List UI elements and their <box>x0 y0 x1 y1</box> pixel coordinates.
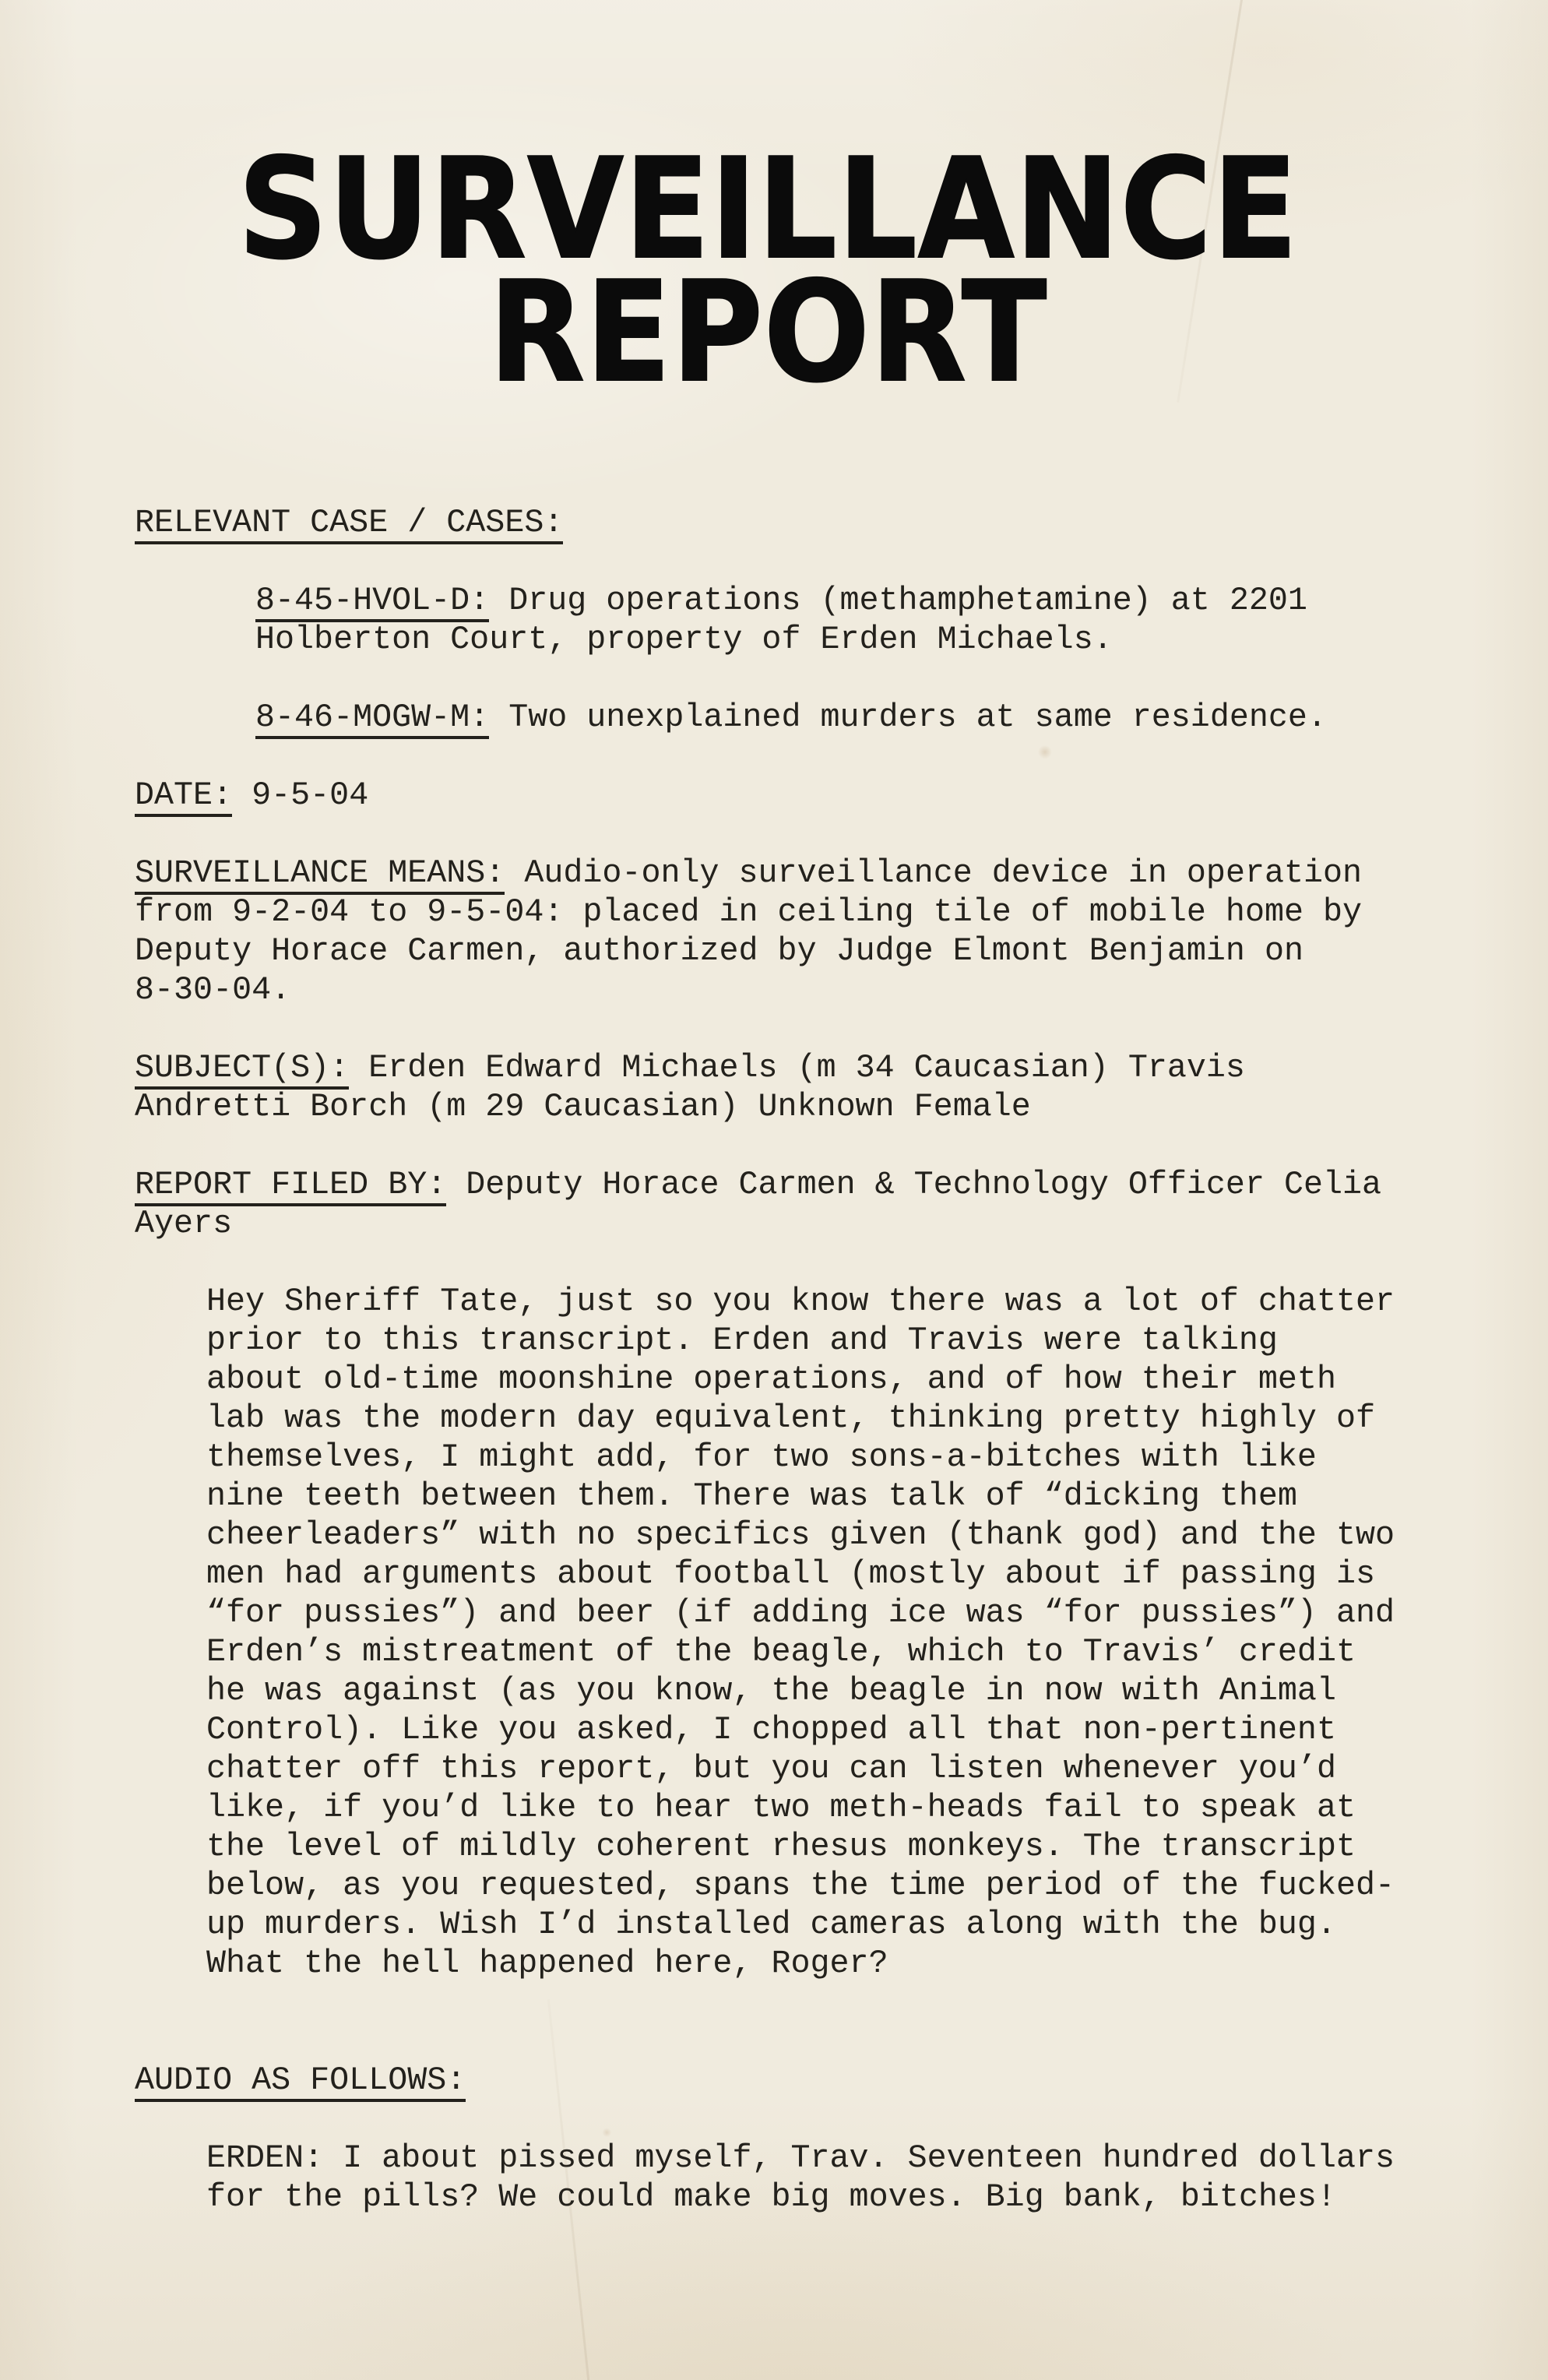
surveillance-means-label: SURVEILLANCE MEANS: <box>135 854 505 895</box>
title-line-2: REPORT <box>198 271 1338 394</box>
surveillance-means-section: SURVEILLANCE MEANS: Audio-only surveilla… <box>135 854 1402 1009</box>
date-label: DATE: <box>135 776 232 817</box>
report-filed-by-section: REPORT FILED BY: Deputy Horace Carmen & … <box>135 1165 1402 1243</box>
audio-as-follows-label: AUDIO AS FOLLOWS: <box>135 2061 466 2102</box>
relevant-cases-label: RELEVANT CASE / CASES: <box>135 504 563 544</box>
page-title: SURVEILLANCEREPORT <box>135 148 1402 394</box>
case-item-2: 8-46-MOGW-M: Two unexplained murders at … <box>255 698 1402 737</box>
surveillance-report-page: SURVEILLANCEREPORT RELEVANT CASE / CASES… <box>0 0 1548 2380</box>
transcript-erden-paragraph: ERDEN: I about pissed myself, Trav. Seve… <box>206 2139 1402 2216</box>
report-filed-by-label: REPORT FILED BY: <box>135 1166 446 1206</box>
relevant-cases-heading: RELEVANT CASE / CASES: <box>135 503 1402 542</box>
case-2-code: 8-46-MOGW-M: <box>255 699 489 739</box>
case-1-code: 8-45-HVOL-D: <box>255 582 489 622</box>
audio-as-follows-heading: AUDIO AS FOLLOWS: <box>135 2061 1402 2100</box>
date-value: 9-5-04 <box>232 776 368 814</box>
officer-note-paragraph: Hey Sheriff Tate, just so you know there… <box>206 1282 1402 1983</box>
case-2-text: Two unexplained murders at same residenc… <box>489 699 1327 736</box>
date-row: DATE: 9-5-04 <box>135 776 1402 815</box>
case-item-1: 8-45-HVOL-D: Drug operations (methamphet… <box>255 581 1402 659</box>
subjects-label: SUBJECT(S): <box>135 1049 349 1090</box>
subjects-section: SUBJECT(S): Erden Edward Michaels (m 34 … <box>135 1048 1402 1126</box>
